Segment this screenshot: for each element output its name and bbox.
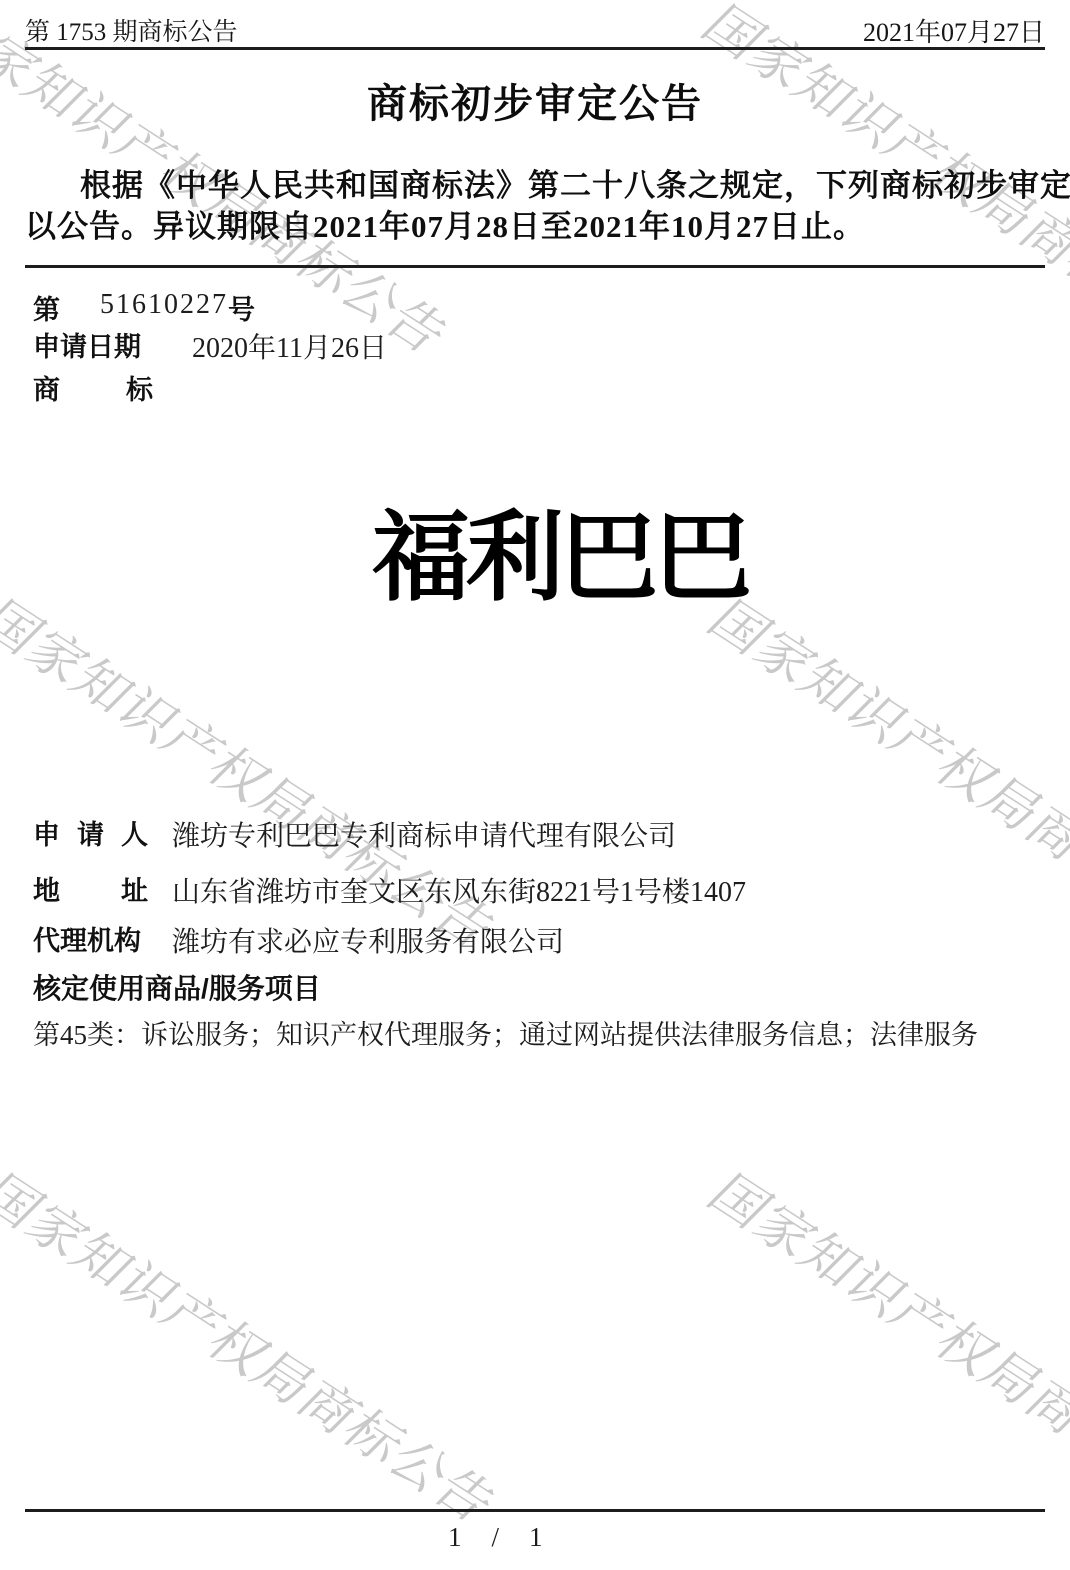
registration-number-prefix: 第 <box>33 288 60 327</box>
address-label: 地 址 <box>33 869 148 908</box>
header-divider <box>25 47 1045 50</box>
agency-label: 代理机构 <box>33 919 141 958</box>
watermark-text: 国家知识产权局商标公告 <box>693 583 1070 961</box>
services-list: 第45类：诉讼服务；知识产权代理服务；通过网站提供法律服务信息；法律服务 <box>33 1013 978 1052</box>
notice-paragraph-line1: 根据《中华人民共和国商标法》第二十八条之规定，下列商标初步审定，予 <box>80 160 1070 205</box>
gazette-date: 2021年07月27日 <box>863 12 1045 49</box>
gazette-page: 国家知识产权局商标公告 国家知识产权局商标公告 国家知识产权局商标公告 国家知识… <box>0 0 1070 1570</box>
registration-number: 51610227 <box>100 289 228 321</box>
pagination: 1 / 1 <box>448 1522 543 1553</box>
notice-paragraph-line2: 以公告。异议期限自2021年07月28日至2021年10月27日止。 <box>25 201 865 246</box>
page-separator: / <box>492 1522 500 1553</box>
agency-name: 潍坊有求必应专利服务有限公司 <box>172 920 564 960</box>
registration-number-suffix: 号 <box>228 288 255 327</box>
trademark-label: 商 标 <box>33 368 153 407</box>
watermark-text: 国家知识产权局商标公告 <box>693 1157 1070 1535</box>
section-divider <box>25 265 1045 268</box>
watermark-text: 国家知识产权局商标公告 <box>0 1157 518 1535</box>
total-pages: 1 <box>529 1522 543 1553</box>
application-date-value: 2020年11月26日 <box>192 326 387 366</box>
current-page: 1 <box>448 1522 462 1553</box>
services-heading: 核定使用商品/服务项目 <box>33 967 321 1007</box>
footer-divider <box>25 1509 1045 1512</box>
address-value: 山东省潍坊市奎文区东风东街8221号1号楼1407 <box>172 870 746 910</box>
applicant-name: 潍坊专利巴巴专利商标申请代理有限公司 <box>172 814 676 854</box>
page-title: 商标初步审定公告 <box>0 72 1070 129</box>
application-date-label: 申请日期 <box>33 325 141 364</box>
applicant-label: 申 请 人 <box>33 813 148 852</box>
trademark-name: 福利巴巴 <box>372 503 748 616</box>
gazette-issue-label: 第 1753 期商标公告 <box>25 12 238 48</box>
